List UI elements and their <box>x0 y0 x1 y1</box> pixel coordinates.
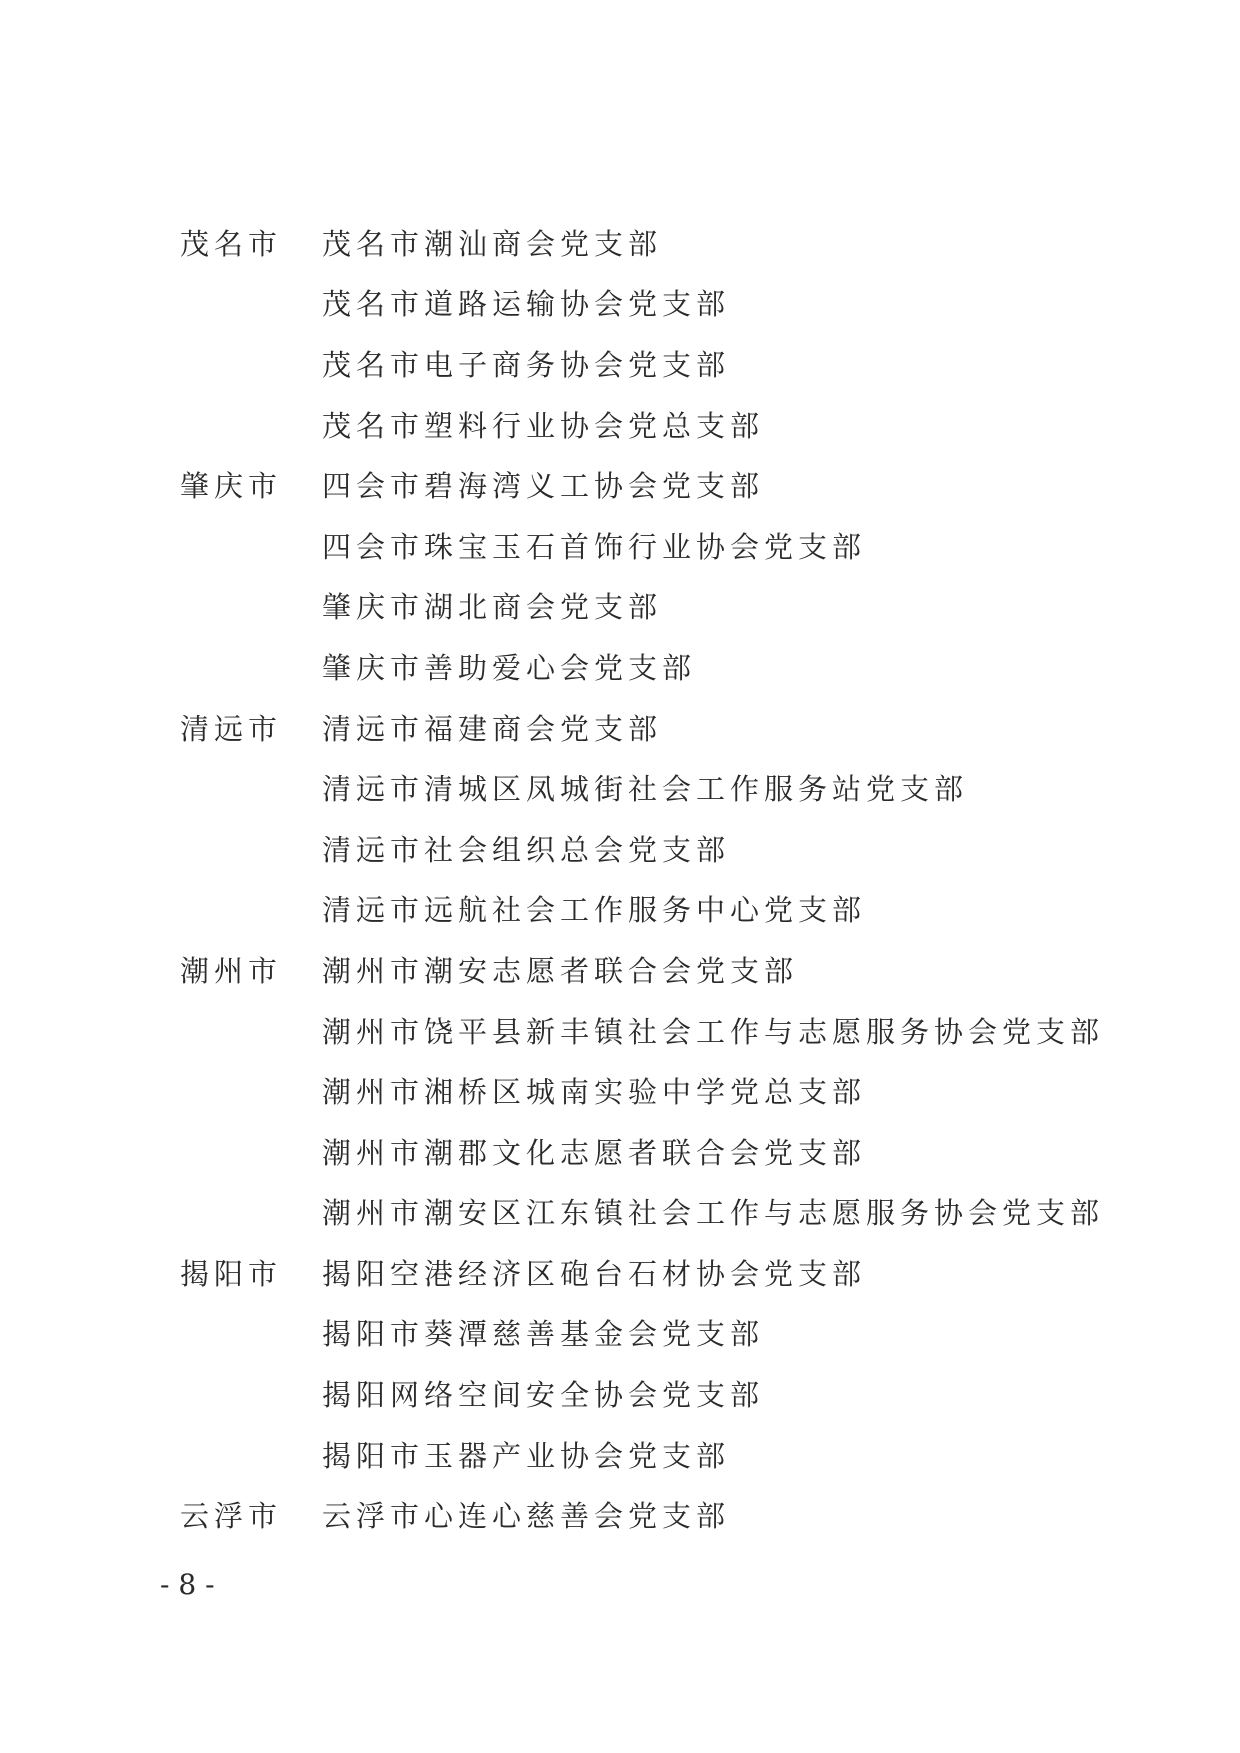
organization-name: 潮州市潮安志愿者联合会党支部 <box>322 949 798 990</box>
list-item: 潮州市潮郡文化志愿者联合会党支部 <box>180 1121 1104 1182</box>
city-label: 肇庆市 <box>180 464 322 505</box>
organization-name: 揭阳网络空间安全协会党支部 <box>322 1373 764 1414</box>
organization-name: 茂名市潮汕商会党支部 <box>322 222 662 263</box>
organization-name: 茂名市塑料行业协会党总支部 <box>322 404 764 445</box>
organization-name: 潮州市潮郡文化志愿者联合会党支部 <box>322 1131 866 1172</box>
organization-name: 肇庆市湖北商会党支部 <box>322 585 662 626</box>
organization-name: 茂名市道路运输协会党支部 <box>322 282 730 323</box>
organization-name: 肇庆市善助爱心会党支部 <box>322 646 696 687</box>
list-item: 茂名市电子商务协会党支部 <box>180 333 1104 394</box>
organization-name: 潮州市饶平县新丰镇社会工作与志愿服务协会党支部 <box>322 1010 1104 1051</box>
list-item: 潮州市潮安区江东镇社会工作与志愿服务协会党支部 <box>180 1182 1104 1243</box>
organization-name: 清远市远航社会工作服务中心党支部 <box>322 888 866 929</box>
organization-name: 四会市珠宝玉石首饰行业协会党支部 <box>322 525 866 566</box>
list-item: 肇庆市善助爱心会党支部 <box>180 636 1104 697</box>
city-label: 云浮市 <box>180 1494 322 1535</box>
list-item: 茂名市道路运输协会党支部 <box>180 273 1104 334</box>
organization-name: 揭阳市玉器产业协会党支部 <box>322 1434 730 1475</box>
list-item: 揭阳市玉器产业协会党支部 <box>180 1424 1104 1485</box>
list-item: 肇庆市四会市碧海湾义工协会党支部 <box>180 454 1104 515</box>
page-number: - 8 - <box>160 1568 215 1601</box>
list-item: 四会市珠宝玉石首饰行业协会党支部 <box>180 515 1104 576</box>
organization-name: 清远市社会组织总会党支部 <box>322 828 730 869</box>
list-item: 肇庆市湖北商会党支部 <box>180 576 1104 637</box>
list-item: 潮州市湘桥区城南实验中学党总支部 <box>180 1060 1104 1121</box>
list-item: 茂名市塑料行业协会党总支部 <box>180 394 1104 455</box>
organization-name: 茂名市电子商务协会党支部 <box>322 343 730 384</box>
list-item: 清远市社会组织总会党支部 <box>180 818 1104 879</box>
city-label: 揭阳市 <box>180 1252 322 1293</box>
organization-name: 清远市福建商会党支部 <box>322 707 662 748</box>
list-item: 潮州市潮州市潮安志愿者联合会党支部 <box>180 939 1104 1000</box>
list-item: 揭阳市揭阳空港经济区砲台石材协会党支部 <box>180 1242 1104 1303</box>
city-label: 茂名市 <box>180 222 322 263</box>
list-item: 清远市清远市福建商会党支部 <box>180 697 1104 758</box>
organization-name: 清远市清城区凤城街社会工作服务站党支部 <box>322 767 968 808</box>
organization-list: 茂名市茂名市潮汕商会党支部茂名市道路运输协会党支部茂名市电子商务协会党支部茂名市… <box>180 212 1104 1545</box>
organization-name: 潮州市湘桥区城南实验中学党总支部 <box>322 1070 866 1111</box>
list-item: 揭阳市葵潭慈善基金会党支部 <box>180 1303 1104 1364</box>
organization-name: 揭阳市葵潭慈善基金会党支部 <box>322 1312 764 1353</box>
list-item: 揭阳网络空间安全协会党支部 <box>180 1363 1104 1424</box>
city-label: 清远市 <box>180 707 322 748</box>
city-label: 潮州市 <box>180 949 322 990</box>
organization-name: 潮州市潮安区江东镇社会工作与志愿服务协会党支部 <box>322 1191 1104 1232</box>
organization-name: 四会市碧海湾义工协会党支部 <box>322 464 764 505</box>
list-item: 清远市清城区凤城街社会工作服务站党支部 <box>180 757 1104 818</box>
list-item: 茂名市茂名市潮汕商会党支部 <box>180 212 1104 273</box>
list-item: 清远市远航社会工作服务中心党支部 <box>180 879 1104 940</box>
organization-name: 云浮市心连心慈善会党支部 <box>322 1494 730 1535</box>
list-item: 云浮市云浮市心连心慈善会党支部 <box>180 1484 1104 1545</box>
organization-name: 揭阳空港经济区砲台石材协会党支部 <box>322 1252 866 1293</box>
list-item: 潮州市饶平县新丰镇社会工作与志愿服务协会党支部 <box>180 1000 1104 1061</box>
